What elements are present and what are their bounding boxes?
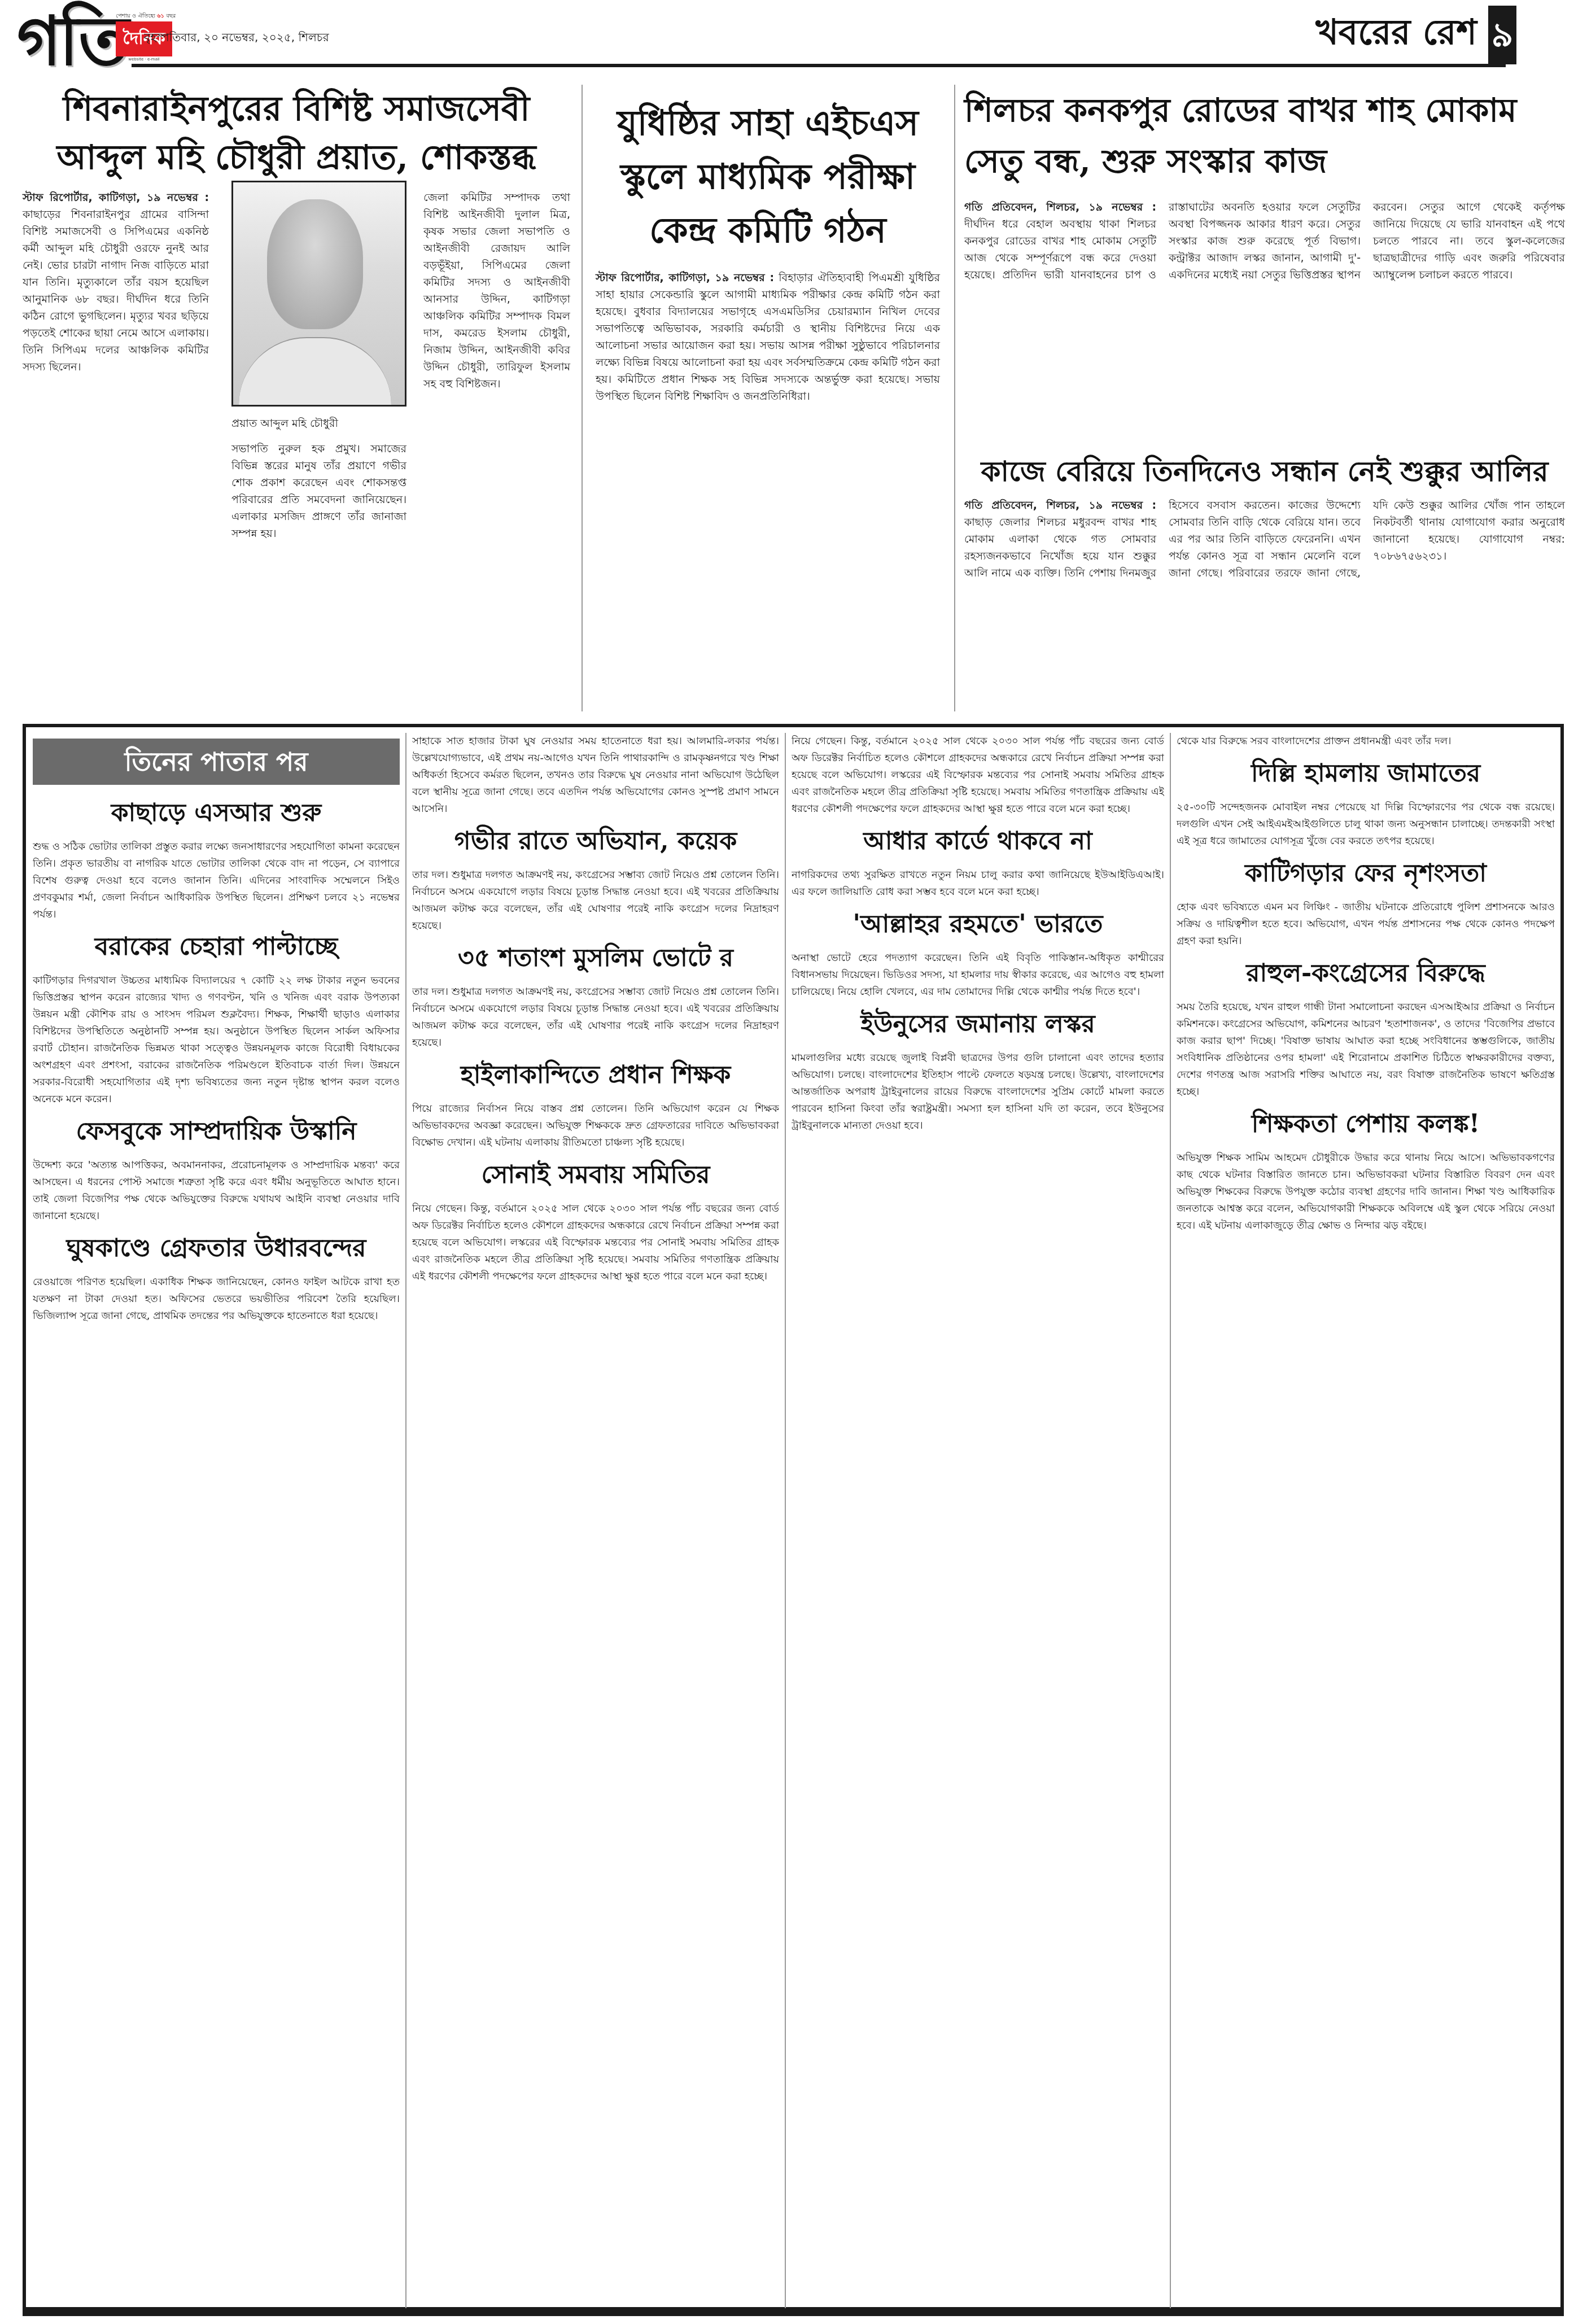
article-body: হোক এবং ভবিষ্যতে এমন মব লিঞ্চিং - জাতীয়… [1177,899,1555,950]
article-body: তার দল। শুধুমাত্র দলগত আক্রমণই নয়, কংগ্… [412,867,779,934]
story-shukkur-ali-missing: কাজে বেরিয়ে তিনদিনেও সন্ধান নেই শুক্কুর… [960,452,1569,711]
continued-column-2: সাহাকে সাত হাজার টাকা ঘুষ নেওয়ার সময় হ… [412,733,779,2308]
portrait-face [267,199,363,329]
story-byline: স্টাফ রিপোর্টার, কাটিগড়া, ১৯ নভেম্বর : [596,272,774,284]
page-number: ৯ [1488,6,1516,64]
article-headline: বরাকের চেহারা পাল্টাচ্ছে [33,928,400,969]
newspaper-logo: গতি [17,5,127,78]
story-text: বিহাড়ার ঐতিহ্যবাহী পিএমশ্রী যুধিষ্ঠির স… [596,272,940,403]
badge-contact: website · e-mail [116,56,172,62]
continued-column-4: থেকে যার বিরুদ্ধে সরব বাংলাদেশের প্রাক্ত… [1177,733,1555,2308]
story-byline: স্টাফ রিপোর্টার, কাটিগড়া, ১৯ নভেম্বর : [23,191,209,204]
story-continued-col2: সভাপতি নুরুল হক প্রমুখ। সমাজের বিভিন্ন স… [231,440,406,542]
article-headline: ইউনুসের জমানায় লস্কর [792,1005,1164,1046]
article-body: নিয়ে গেছেন। কিন্তু, বর্তমানে ২০২৫ সাল থ… [412,1200,779,1285]
article-body: অভিযুক্ত শিক্ষক সামিম আহমেদ চৌধুরীকে উদ্… [1177,1150,1555,1234]
portrait-photo [231,181,406,407]
article-headline: ঘুষকাণ্ডে গ্রেফতার উধারবন্দের [33,1229,400,1270]
article-headline: কাটিগড়ার ফের নৃশংসতা [1177,854,1555,895]
article-headline: গভীর রাতে অভিযান, কয়েক [412,822,779,863]
badge-tagline: পেশায় ও ঐতিহ্যে ৬১ বছর [116,12,172,20]
article-headline: রাহুল-কংগ্রেসের বিরুদ্ধে [1177,954,1555,995]
article-body: অনাস্থা ভোটে হেরে পদত্যাগ করেছেন। তিনি এ… [792,950,1164,1001]
badge-tag-prefix: পেশায় ও ঐতিহ্যে [116,13,155,19]
article-body: নিয়ে গেছেন। কিন্তু, বর্তমানে ২০২৫ সাল থ… [792,733,1164,818]
badge-tag-suffix: বছর [166,13,176,19]
article-body: ২৫-৩০টি সন্দেহজনক মোবাইল নম্বর পেয়েছে য… [1177,799,1555,850]
story-yudhisthir-saha-school: যুধিষ্ঠির সাহা এইচএস স্কুলে মাধ্যমিক পরী… [587,85,948,711]
column-divider [954,85,955,711]
article-headline: শিক্ষকতা পেশায় কলঙ্ক! [1177,1105,1555,1146]
article-body: রেওয়াজে পরিণত হয়েছিল। একাধিক শিক্ষক জা… [33,1274,400,1325]
story-headline: কাজে বেরিয়ে তিনদিনেও সন্ধান নেই শুক্কুর… [960,452,1569,491]
column-divider [582,85,583,711]
photo-caption: প্রয়াত আব্দুল মহি চৌধুরী [231,415,406,432]
continued-column-3: নিয়ে গেছেন। কিন্তু, বর্তমানে ২০২৫ সাল থ… [792,733,1164,2308]
article-body: কাটিগড়ার দিগরখাল উচ্চতর মাধ্যমিক বিদ্যা… [33,972,400,1108]
article-headline: ফেসবুকে সাম্প্রদায়িক উস্কানি [33,1112,400,1154]
story-bakhar-shah-bridge: শিলচর কনকপুর রোডের বাখর শাহ মোকাম সেতু ব… [960,85,1569,446]
article-headline: সোনাই সমবায় সমিতির [412,1156,779,1197]
story-body: গতি প্রতিবেদন, শিলচর, ১৯ নভেম্বর : কাছাড… [960,497,1569,706]
article-headline: 'আল্লাহর রহমতে' ভারতে [792,905,1164,946]
article-body: সময় তৈরি হয়েছে, যখন রাহুল গান্ধী টানা … [1177,999,1555,1100]
story-body: গতি প্রতিবেদন, শিলচর, ১৯ নভেম্বর : দীর্ঘ… [960,199,1569,446]
continued-from-page-3: তিনের পাতার পর কাছাড়ে এসআর শুরু শুদ্ধ ও… [23,724,1564,2316]
story-abdul-mohi-chowdhury: শিবনারাইনপুরের বিশিষ্ট সমাজসেবী আব্দুল ম… [17,85,576,711]
article-headline: হাইলাকান্দিতে প্রধান শিক্ষক [412,1056,779,1097]
article-headline: ৩৫ শতাংশ মুসলিম ভোটে র [412,939,779,980]
column-divider [785,733,786,2308]
story-byline: গতি প্রতিবেদন, শিলচর, ১৯ নভেম্বর : [964,201,1156,213]
continued-column-1: কাছাড়ে এসআর শুরু শুদ্ধ ও সঠিক ভোটার তাল… [33,789,400,2308]
article-body: মামলাগুলির মধ্যে রয়েছে জুলাই বিপ্লবী ছা… [792,1050,1164,1134]
masthead: গতি পেশায় ও ঐতিহ্যে ৬১ বছর দৈনিক websit… [0,0,1587,79]
story-continued-col: জেলা কমিটির সম্পাদক তথা বিশিষ্ট আইনজীবী … [423,189,570,392]
badge-years: ৬১ [157,13,164,19]
story-text: কাছাড়ের শিবনারাইনপুর গ্রামের বাসিন্দা ব… [23,208,209,373]
article-body: নাগরিকদের তথ্য সুরক্ষিত রাখতে নতুন নিয়ম… [792,867,1164,901]
story-headline: যুধিষ্ঠির সাহা এইচএস স্কুলে মাধ্যমিক পরী… [587,85,948,257]
header-rule [132,64,1506,67]
article-headline: দিল্লি হামলায় জামাতের [1177,754,1555,796]
dateline: বৃহস্পতিবার, ২০ নভেম্বর, ২০২৫, শিলচর [144,29,329,48]
article-lead: থেকে যার বিরুদ্ধে সরব বাংলাদেশের প্রাক্ত… [1177,733,1555,750]
column-divider [1170,733,1171,2308]
article-headline: কাছাড়ে এসআর শুরু [33,794,400,835]
section-name: খবরের রেশ [1315,6,1477,64]
article-body: সাহাকে সাত হাজার টাকা ঘুষ নেওয়ার সময় হ… [412,733,779,818]
portrait-shirt [239,337,391,405]
story-headline: শিলচর কনকপুর রোডের বাখর শাহ মোকাম সেতু ব… [960,85,1569,186]
article-body: শুদ্ধ ও সঠিক ভোটার তালিকা প্রস্তুত করার … [33,838,400,923]
continued-banner: তিনের পাতার পর [33,739,400,785]
story-byline: গতি প্রতিবেদন, শিলচর, ১৯ নভেম্বর : [964,499,1156,512]
article-body: পিয়ে রাজ্যের নির্বাসন নিয়ে বাস্তব প্রশ… [412,1100,779,1151]
column-divider [405,733,406,2308]
story-body: স্টাফ রিপোর্টার, কাটিগড়া, ১৯ নভেম্বর : … [587,269,948,405]
article-body: তার দল। শুধুমাত্র দলগত আক্রমণই নয়, কংগ্… [412,984,779,1051]
story-body: স্টাফ রিপোর্টার, কাটিগড়া, ১৯ নভেম্বর : … [23,189,209,375]
article-headline: আধার কার্ডে থাকবে না [792,822,1164,863]
article-body: উদ্দেশ্য করে 'অত্যন্ত আপত্তিকর, অবমাননাক… [33,1157,400,1225]
